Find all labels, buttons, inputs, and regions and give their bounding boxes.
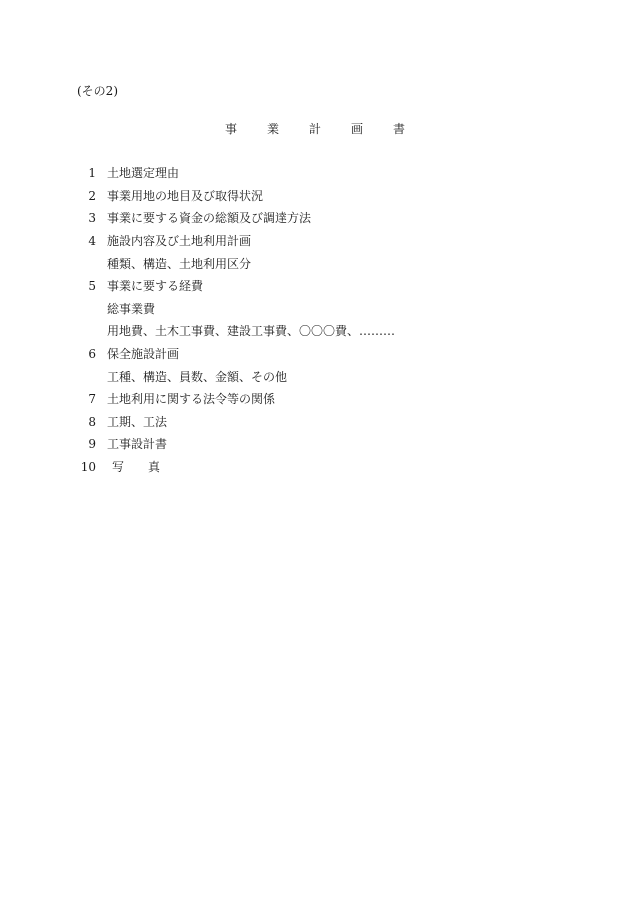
item-number: 5	[76, 278, 96, 294]
title-char: 事	[225, 121, 267, 137]
item-text: 保全施設計画	[107, 346, 179, 362]
item-text: 総事業費	[107, 301, 155, 317]
item-text: 土地利用に関する法令等の関係	[107, 391, 275, 407]
item-number: 7	[76, 391, 96, 407]
item-number: 8	[76, 414, 96, 430]
item-text: 事業用地の地目及び取得状況	[107, 188, 263, 204]
item-text: 工事設計書	[107, 436, 167, 452]
item-text: 土地選定理由	[107, 165, 179, 181]
document-page: (その2) 事 業 計 画 書 1 土地選定理由 2 事業用地の地目及び取得状況…	[0, 0, 630, 916]
item-number: 9	[76, 436, 96, 452]
item-number: 6	[76, 346, 96, 362]
item-text: 工期、工法	[107, 414, 167, 430]
item-text: 用地費、土木工事費、建設工事費、〇〇〇費、………	[107, 323, 395, 339]
item-text: 施設内容及び土地利用計画	[107, 233, 251, 249]
item-text: 事業に要する資金の総額及び調達方法	[107, 210, 311, 226]
document-subtitle: (その2)	[77, 83, 118, 99]
item-number: 2	[76, 188, 96, 204]
item-text: 種類、構造、土地利用区分	[107, 256, 251, 272]
item-number: 1	[76, 165, 96, 181]
item-number: 3	[76, 210, 96, 226]
item-number: 4	[76, 233, 96, 249]
title-char: 画	[351, 121, 393, 137]
item-number: 10	[76, 459, 96, 475]
document-title: 事 業 計 画 書	[225, 121, 435, 137]
title-char: 書	[393, 121, 435, 137]
title-char: 業	[267, 121, 309, 137]
item-text: 写 真	[112, 459, 160, 475]
item-text: 事業に要する経費	[107, 278, 203, 294]
item-text: 工種、構造、員数、金額、その他	[107, 369, 287, 385]
title-char: 計	[309, 121, 351, 137]
